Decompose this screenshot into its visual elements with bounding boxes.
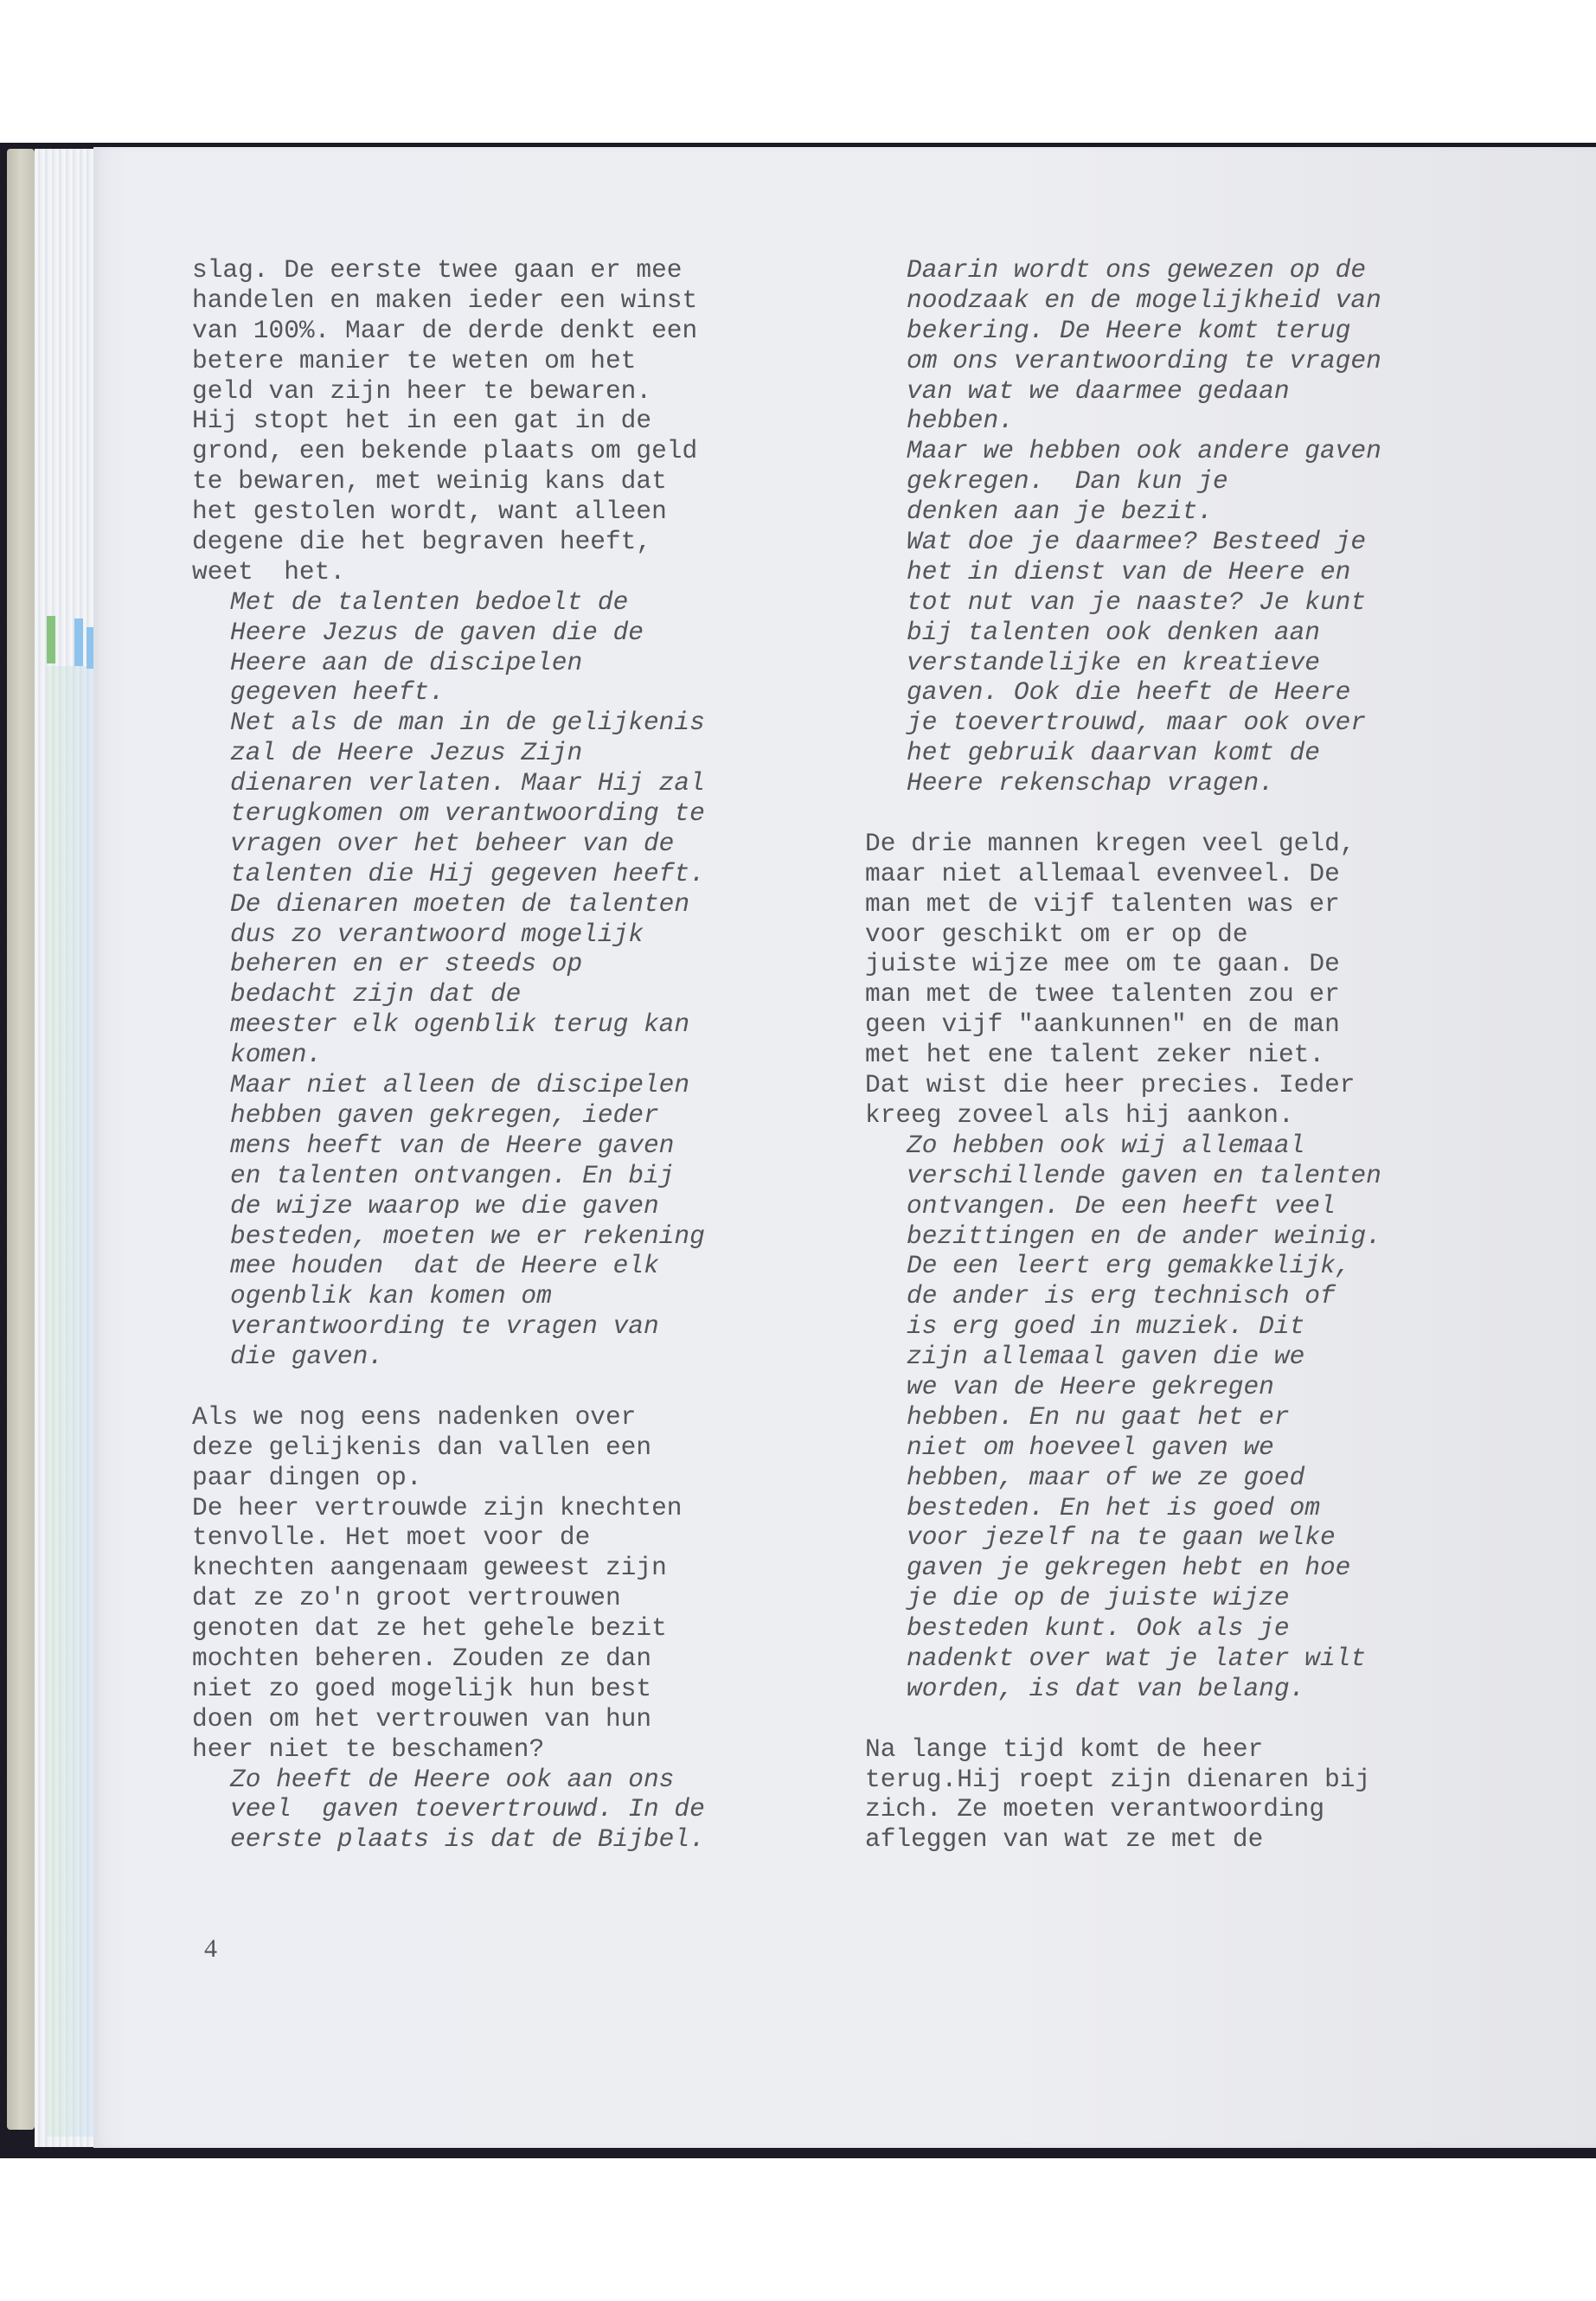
text-line: man met de twee talenten zou er <box>865 979 1381 1009</box>
text-line: Heere rekenschap vragen. <box>865 768 1381 798</box>
text-line: met het ene talent zeker niet. <box>865 1040 1381 1070</box>
text-line: De dienaren moeten de talenten <box>192 889 705 920</box>
text-line: Met de talenten bedoelt de <box>192 587 705 618</box>
text-line: mochten beheren. Zouden ze dan <box>192 1644 705 1674</box>
text-line: je die op de juiste wijze <box>865 1583 1381 1613</box>
text-line: bedacht zijn dat de <box>192 979 705 1009</box>
text-line: noodzaak en de mogelijkheid van <box>865 285 1381 316</box>
text-line: Na lange tijd komt de heer <box>865 1734 1381 1765</box>
text-line: komen. <box>192 1040 705 1070</box>
text-line: ontvangen. De een heeft veel <box>865 1191 1381 1221</box>
text-line: ogenblik kan komen om <box>192 1281 705 1311</box>
text-line: verschillende gaven en talenten <box>865 1161 1381 1191</box>
bookmark-tab-green <box>47 616 55 663</box>
text-line: bij talenten ook denken aan <box>865 618 1381 648</box>
text-line: Zo heeft de Heere ook aan ons <box>192 1765 705 1795</box>
text-line: tot nut van je naaste? Je kunt <box>865 587 1381 618</box>
text-line: om ons verantwoording te vragen <box>865 346 1381 376</box>
text-line: De een leert erg gemakkelijk, <box>865 1251 1381 1281</box>
text-line: gegeven heeft. <box>192 677 705 708</box>
text-line: dat ze zo'n groot vertrouwen <box>192 1583 705 1613</box>
text-line: knechten aangenaam geweest zijn <box>192 1553 705 1583</box>
text-line: die gaven. <box>192 1342 705 1372</box>
text-line: zal de Heere Jezus Zijn <box>192 738 705 768</box>
text-line: kreeg zoveel als hij aankon. <box>865 1100 1381 1131</box>
text-line: van 100%. Maar de derde denkt een <box>192 316 705 346</box>
text-line: degene die het begraven heeft, <box>192 527 705 557</box>
text-line: geen vijf "aankunnen" en de man <box>865 1009 1381 1040</box>
text-line: worden, is dat van belang. <box>865 1674 1381 1704</box>
bookmark-tab-blue-2 <box>87 627 93 669</box>
text-line: gaven. Ook die heeft de Heere <box>865 677 1381 708</box>
text-line: hebben. En nu gaat het er <box>865 1402 1381 1433</box>
text-line: veel gaven toevertrouwd. In de <box>192 1794 705 1824</box>
text-line: dienaren verlaten. Maar Hij zal <box>192 768 705 798</box>
text-line: bekering. De Heere komt terug <box>865 316 1381 346</box>
text-line: het in dienst van de Heere en <box>865 557 1381 587</box>
text-line: besteden. En het is goed om <box>865 1493 1381 1523</box>
text-line: van wat we daarmee gedaan <box>865 376 1381 407</box>
text-line: terugkomen om verantwoording te <box>192 798 705 829</box>
text-line: en talenten ontvangen. En bij <box>192 1161 705 1191</box>
text-line: voor geschikt om er op de <box>865 920 1381 950</box>
text-line: De drie mannen kregen veel geld, <box>865 829 1381 859</box>
text-line: mee houden dat de Heere elk <box>192 1251 705 1281</box>
text-line: gaven je gekregen hebt en hoe <box>865 1553 1381 1583</box>
text-line: vragen over het beheer van de <box>192 829 705 859</box>
text-line: heer niet te beschamen? <box>192 1734 705 1765</box>
text-line: grond, een bekende plaats om geld <box>192 436 705 466</box>
text-line: besteden, moeten we er rekening <box>192 1221 705 1252</box>
text-line: niet zo goed mogelijk hun best <box>192 1674 705 1704</box>
text-line: de wijze waarop we die gaven <box>192 1191 705 1221</box>
text-line: hebben gaven gekregen, ieder <box>192 1100 705 1131</box>
text-line: tenvolle. Het moet voor de <box>192 1522 705 1553</box>
text-line: Maar we hebben ook andere gaven <box>865 436 1381 466</box>
text-line: besteden kunt. Ook als je <box>865 1613 1381 1644</box>
text-line: het gebruik daarvan komt de <box>865 738 1381 768</box>
text-line: betere manier te weten om het <box>192 346 705 376</box>
text-line: talenten die Hij gegeven heeft. <box>192 859 705 889</box>
text-line: je toevertrouwd, maar ook over <box>865 708 1381 738</box>
text-line: Dat wist die heer precies. Ieder <box>865 1070 1381 1100</box>
page-edge-tint <box>47 666 95 2137</box>
text-line: nadenkt over wat je later wilt <box>865 1644 1381 1674</box>
text-line: Daarin wordt ons gewezen op de <box>865 255 1381 285</box>
text-line: zich. Ze moeten verantwoording <box>865 1794 1381 1824</box>
text-line: denken aan je bezit. <box>865 497 1381 527</box>
text-line: is erg goed in muziek. Dit <box>865 1311 1381 1342</box>
text-line: Net als de man in de gelijkenis <box>192 708 705 738</box>
text-line: bezittingen en de ander weinig. <box>865 1221 1381 1252</box>
text-line: De heer vertrouwde zijn knechten <box>192 1493 705 1523</box>
text-line: niet om hoeveel gaven we <box>865 1433 1381 1463</box>
blank-line <box>865 1704 1381 1734</box>
text-line: Heere aan de discipelen <box>192 648 705 678</box>
text-line: mens heeft van de Heere gaven <box>192 1131 705 1161</box>
text-line: eerste plaats is dat de Bijbel. <box>192 1824 705 1855</box>
text-line: we van de Heere gekregen <box>865 1372 1381 1402</box>
text-line: genoten dat ze het gehele bezit <box>192 1613 705 1644</box>
text-line: weet het. <box>192 557 705 587</box>
text-line: te bewaren, met weinig kans dat <box>192 466 705 497</box>
text-line: hebben, maar of we ze goed <box>865 1463 1381 1493</box>
text-line: voor jezelf na te gaan welke <box>865 1522 1381 1553</box>
text-line: afleggen van wat ze met de <box>865 1824 1381 1855</box>
text-line: Als we nog eens nadenken over <box>192 1402 705 1433</box>
left-text-column: slag. De eerste twee gaan er meehandelen… <box>192 255 705 1855</box>
text-line: slag. De eerste twee gaan er mee <box>192 255 705 285</box>
text-line: Wat doe je daarmee? Besteed je <box>865 527 1381 557</box>
book-spine <box>7 149 35 2130</box>
text-line: paar dingen op. <box>192 1463 705 1493</box>
text-line: maar niet allemaal evenveel. De <box>865 859 1381 889</box>
text-line: hebben. <box>865 406 1381 436</box>
text-line: Zo hebben ook wij allemaal <box>865 1131 1381 1161</box>
page-number: 4 <box>204 1934 217 1964</box>
text-line: man met de vijf talenten was er <box>865 889 1381 920</box>
text-line: verstandelijke en kreatieve <box>865 648 1381 678</box>
text-line: Heere Jezus de gaven die de <box>192 618 705 648</box>
text-line: juiste wijze mee om te gaan. De <box>865 949 1381 979</box>
blank-line <box>865 798 1381 829</box>
text-line: handelen en maken ieder een winst <box>192 285 705 316</box>
text-line: beheren en er steeds op <box>192 949 705 979</box>
text-line: zijn allemaal gaven die we <box>865 1342 1381 1372</box>
text-line: geld van zijn heer te bewaren. <box>192 376 705 407</box>
text-line: terug.Hij roept zijn dienaren bij <box>865 1765 1381 1795</box>
blank-line <box>192 1372 705 1402</box>
text-line: deze gelijkenis dan vallen een <box>192 1433 705 1463</box>
right-text-column: Daarin wordt ons gewezen op denoodzaak e… <box>865 255 1381 1855</box>
text-line: de ander is erg technisch of <box>865 1281 1381 1311</box>
text-line: het gestolen wordt, want alleen <box>192 497 705 527</box>
text-line: dus zo verantwoord mogelijk <box>192 920 705 950</box>
bookmark-tab-blue <box>74 619 83 666</box>
text-line: Maar niet alleen de discipelen <box>192 1070 705 1100</box>
text-line: gekregen. Dan kun je <box>865 466 1381 497</box>
text-line: verantwoording te vragen van <box>192 1311 705 1342</box>
text-line: meester elk ogenblik terug kan <box>192 1009 705 1040</box>
text-line: doen om het vertrouwen van hun <box>192 1704 705 1734</box>
text-line: Hij stopt het in een gat in de <box>192 406 705 436</box>
